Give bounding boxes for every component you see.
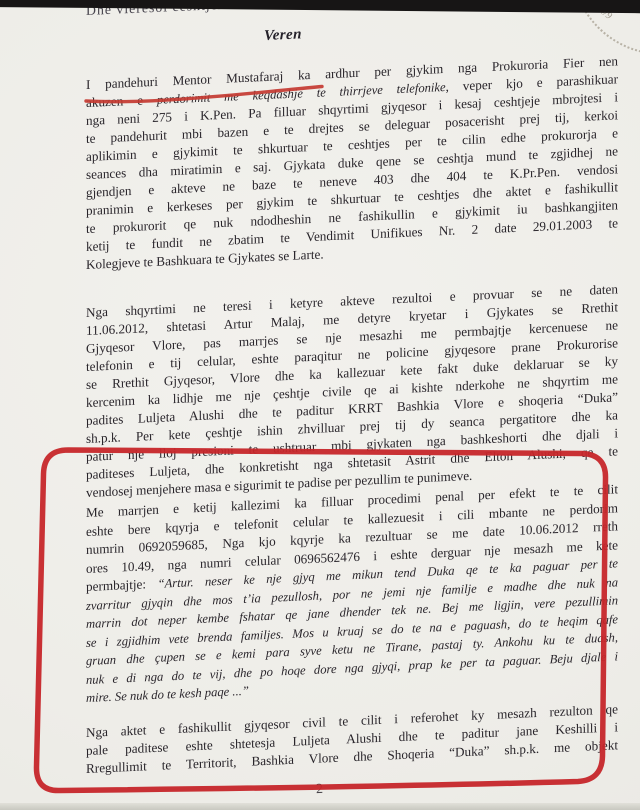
scan-bottom-edge — [0, 803, 640, 810]
page-number: 2 — [316, 782, 324, 798]
text-segment: mire. Se nuk do te kesh paqe ...” — [86, 684, 249, 705]
section-heading: Veren — [264, 26, 302, 45]
paragraph-facts: Nga shqyrtimi ne teresi i ketyre akteve … — [86, 280, 618, 502]
paragraph-sms-message: Me marrjen e ketij kallezimi ka filluar … — [86, 480, 618, 707]
scanned-document-page: Dhe vleresoi ceshtjen ne teresi Veren I … — [0, 0, 640, 810]
paragraph-intro-accusation: I pandehuri Mentor Mustafaraj ka ardhur … — [86, 52, 618, 274]
text-segment: permbajtje: — [86, 576, 158, 594]
text-segment: akuzen e — [86, 92, 157, 110]
paragraph-civil-case: Nga aktet e fashikullit gjyqesor civil t… — [86, 700, 618, 778]
document-text-block: Dhe vleresoi ceshtjen ne teresi Veren I … — [86, 0, 618, 810]
